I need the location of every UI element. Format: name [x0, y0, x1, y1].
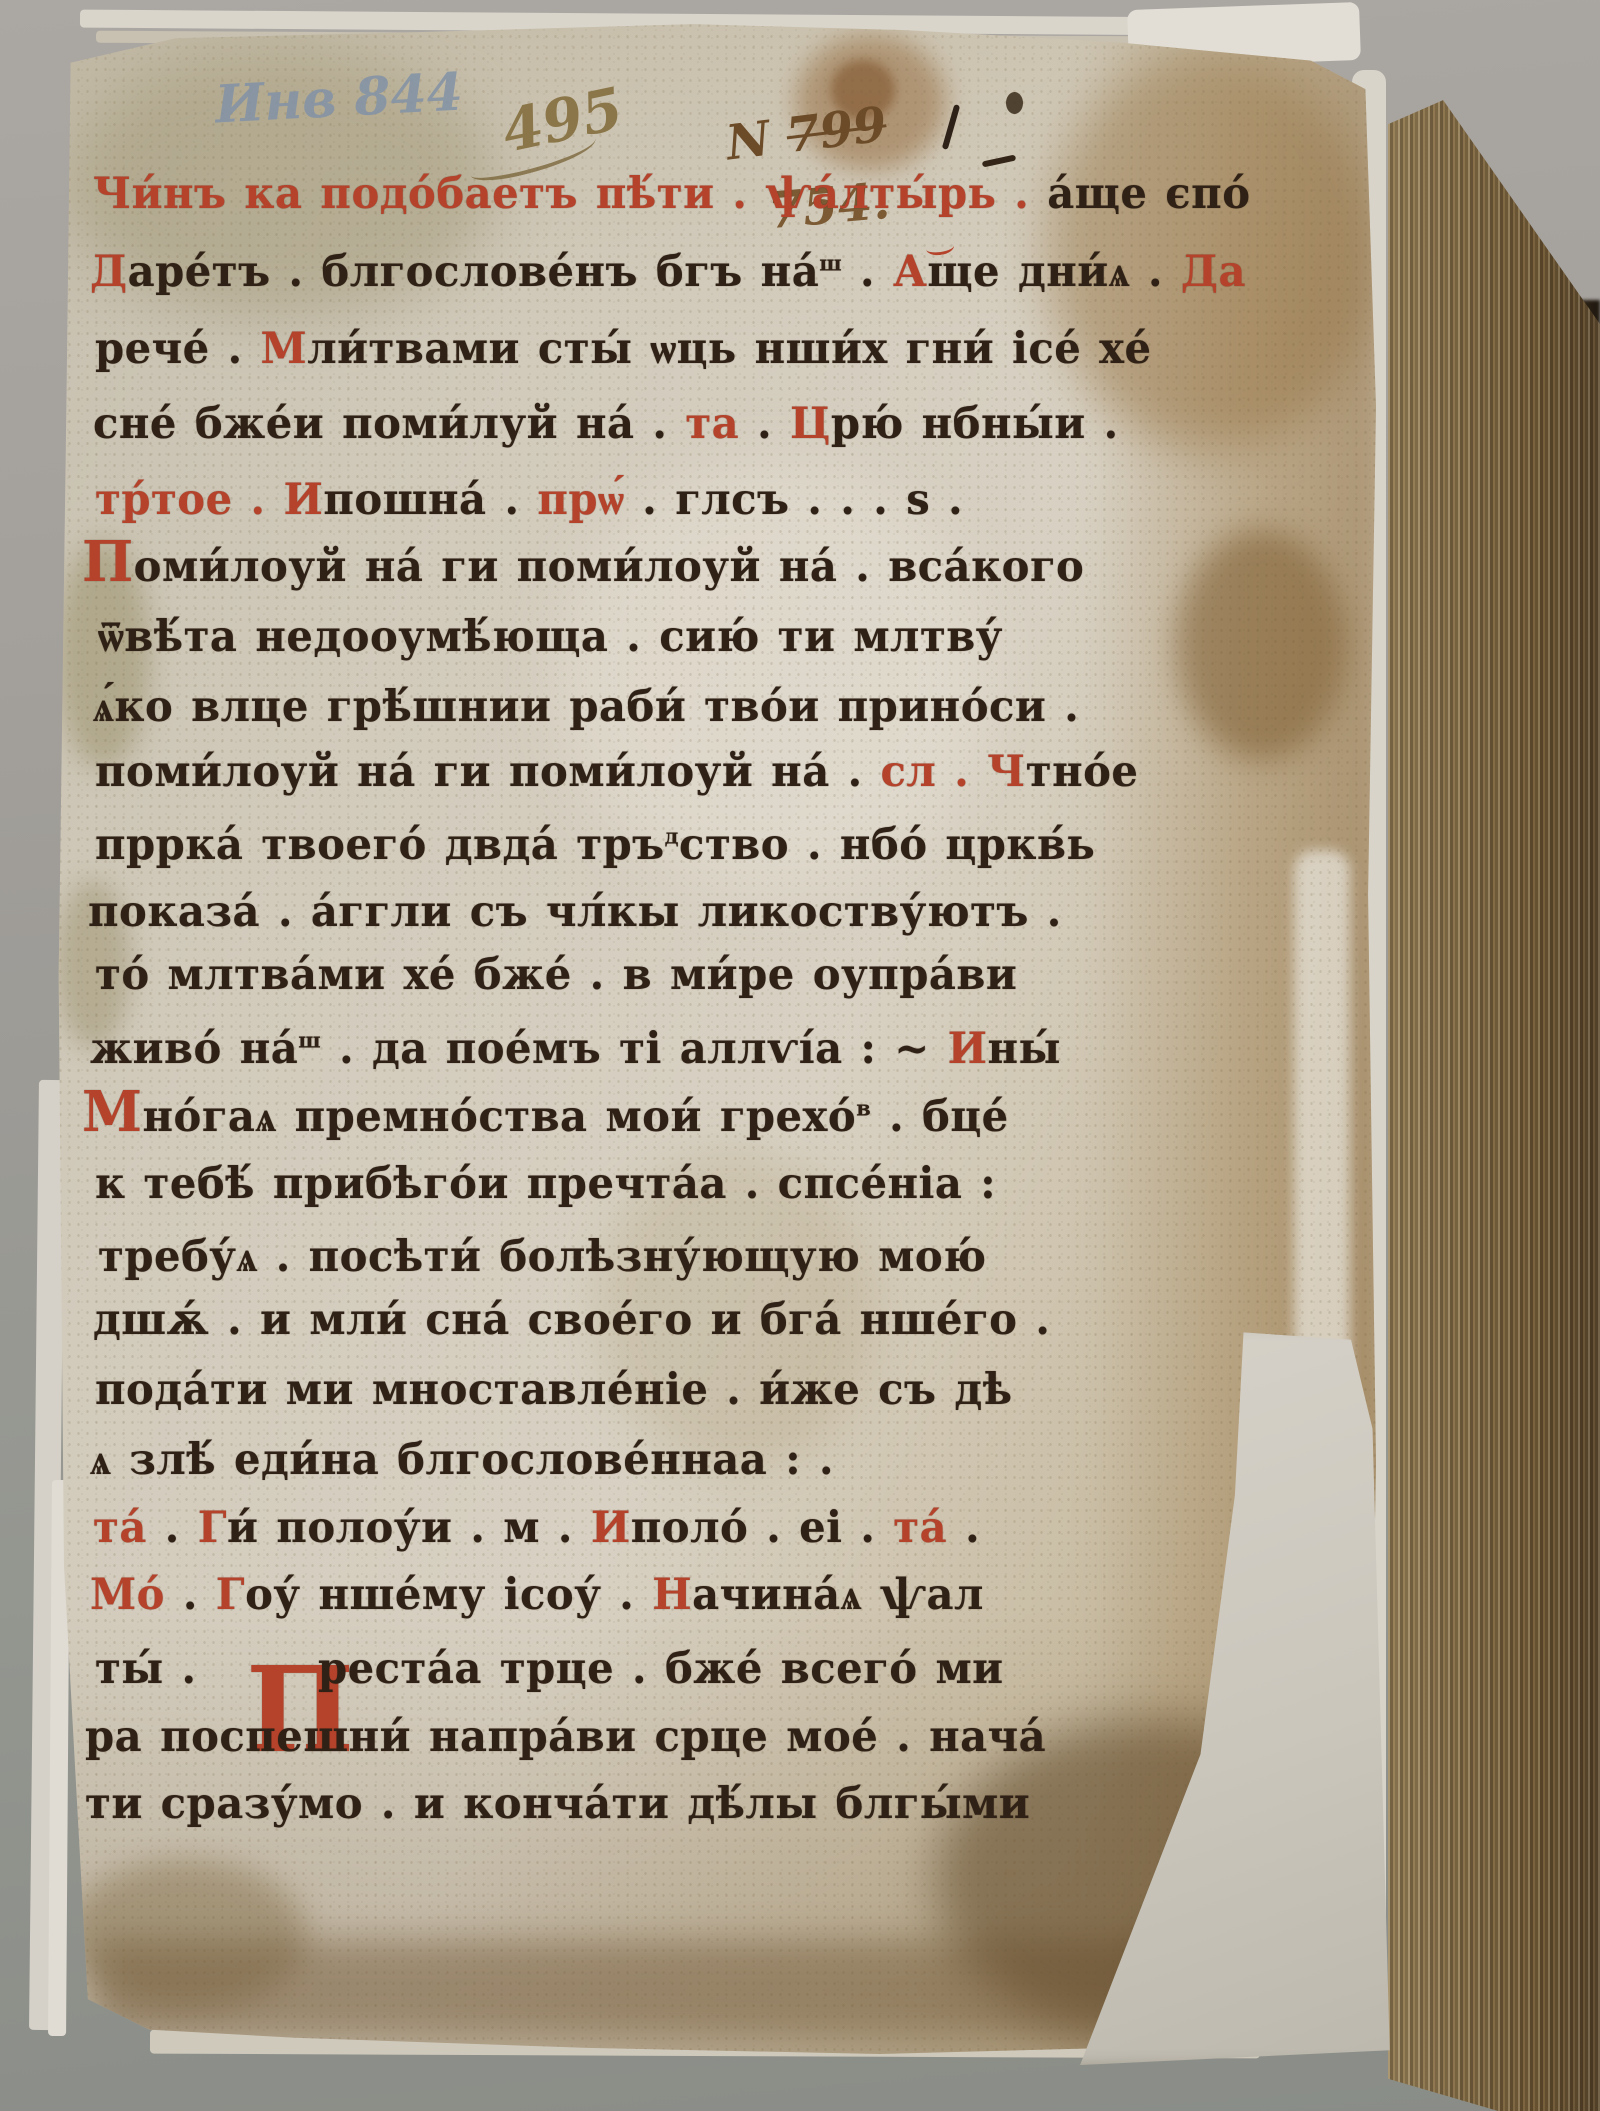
text-line: поми́лоуй на́ ги поми́лоуй на́ . сл . Чт…: [95, 748, 1138, 797]
text-line: ѿвѣ́та недооумѣ́юща . сию́ ти млтву́: [98, 613, 1003, 662]
text-line: требу́ѧ . посѣти́ болѣзну́ющую мою́: [98, 1233, 986, 1282]
text-line: реста́а трце . бже́ всего́ ми: [318, 1645, 1004, 1694]
text-line: сне́ бже́и поми́луй на́ . та . Црю́ нбны…: [93, 400, 1119, 449]
text-line: Мо́ . Гоу́ нше́му ісоу́ . Начина́ѧ ѱал: [90, 1571, 984, 1620]
text-line: та́ . Ги́ полоу́и . м . Иполо́ . еі . та…: [93, 1504, 980, 1553]
text-line: тр́тое . Ипошна́ . прѡ́ . глсъ . . . ѕ .: [95, 476, 963, 525]
text-line: рече́ . Мли́твами сты́ ѡць нши́х гни́ іс…: [95, 325, 1152, 374]
text-line: ты́ .: [95, 1645, 197, 1694]
text-line: дшѫ́ . и мли́ сна́ свое́го и бга́ нше́го…: [93, 1296, 1050, 1345]
text-line: ра поспешни́ напра́ви срце мое́ . нача́: [85, 1713, 1046, 1762]
text-line: ти сразу́мо . и конча́ти дѣ́лы блгы́ми: [85, 1780, 1030, 1829]
text-line: Мно́гаѧ премно́ства мои́ грехо́в . бце́: [82, 1091, 1009, 1142]
text-line: Поми́лоуй на́ ги поми́лоуй на́ . вса́ког…: [82, 541, 1084, 592]
text-line: пррка́ твоего́ двда́ тръдство . нбо́ црк…: [95, 821, 1095, 870]
text-line: ѧ́ко влце грѣ́шнии раби́ тво́и прино́си …: [93, 683, 1079, 732]
text-line: к тебѣ́ прибѣго́и пречта́а . спсе́ніа :: [95, 1160, 996, 1209]
text-line: Даре́тъ . блгослове́нъ бгъ на́ш . Аще дн…: [90, 248, 1246, 297]
text-line: живо́ на́ш . да пое́мъ ті аллѵі́а : ~ Ин…: [90, 1025, 1061, 1074]
text-line: пода́ти ми мноставле́ніе . и́же съ дѣ: [95, 1366, 1013, 1415]
text-line: показа́ . а́ггли съ чл́кы ликоству́ютъ .: [88, 888, 1062, 937]
text-line: ѧ злѣ́ еди́на блгослове́ннаа : .: [90, 1436, 834, 1485]
manuscript-text: Чи́нъ ка подо́баетъ пѣ́ти . ѱа́лты́рь . …: [0, 0, 1600, 2111]
text-line: Чи́нъ ка подо́баетъ пѣ́ти . ѱа́лты́рь . …: [93, 170, 1251, 219]
text-line: то́ млтва́ми хе́ бже́ . в ми́ре оупра́ви: [95, 951, 1017, 1000]
photo-background: { "inscriptions":{ "inventory":"Инв 844"…: [0, 0, 1600, 2111]
